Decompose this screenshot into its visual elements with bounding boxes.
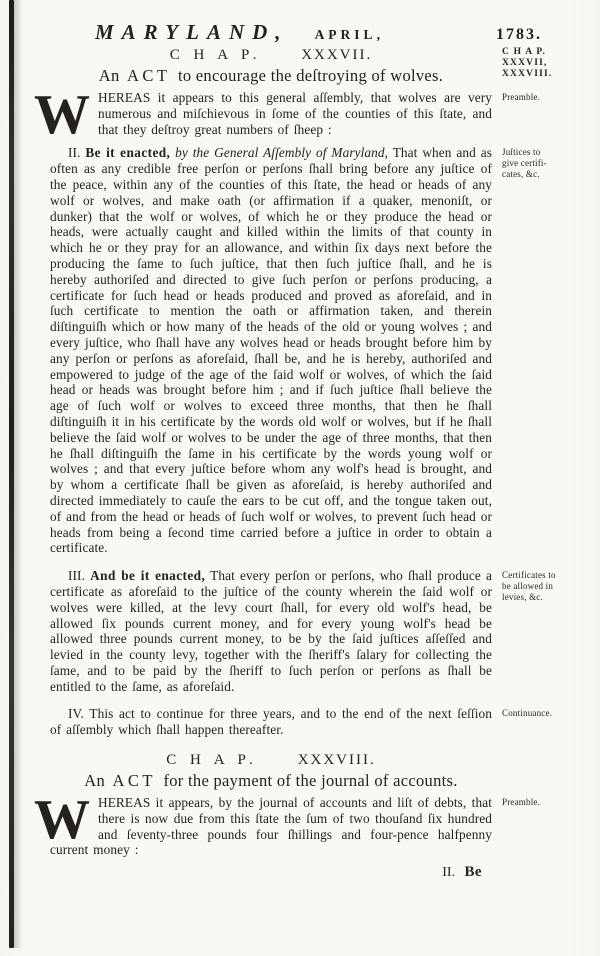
margin-note-preamble: Preamble. [502, 92, 598, 103]
section-4-paragraph: IV. This act to continue for three years… [50, 706, 492, 738]
preamble-paragraph: W HEREAS it appears to this general aſſe… [50, 90, 492, 137]
section-3-number: III. [68, 568, 85, 583]
act-title-word: ACT [127, 66, 171, 85]
section-2-text: That when and as often as any credible f… [50, 145, 492, 555]
chapter-38-preamble: W HEREAS it appears, by the journal of a… [50, 795, 492, 858]
section-2-paragraph: II. Be it enacted, by the General Aſſemb… [50, 145, 492, 556]
section-4-number: IV. [68, 706, 84, 721]
margin-note-preamble-2: Preamble. [502, 797, 598, 808]
section-3: III. And be it enacted, That every perſo… [50, 568, 492, 694]
section-2-number: II. [68, 145, 80, 160]
margin-note-justices: Juſtices to give certifi- cates, &c. [502, 147, 598, 180]
chapter-38-heading: C H A P. XXXVIII. [50, 750, 492, 769]
enacting-clause: And be it enacted, [90, 568, 205, 583]
act-title-rest: for the payment of the journal of accoun… [163, 771, 457, 790]
preamble-text: HEREAS it appears, by the journal of acc… [50, 795, 492, 857]
chap-label: C H A P. [170, 47, 262, 63]
act-title-rest: to encourage the deſtroying of wolves. [178, 66, 443, 85]
section-3-text: That every perſon or perſons, who ſhall … [50, 568, 492, 694]
margin-note-chapter-numbers: C H A P. XXXVII, XXXVIII. [502, 47, 598, 80]
chapter-38-heading-block: C H A P. XXXVIII. An ACT for the payment… [50, 750, 492, 791]
chapter-37-preamble: W HEREAS it appears to this general aſſe… [50, 90, 492, 137]
chapter-37-heading: C H A P. XXXVII. [50, 45, 492, 64]
page-body: C H A P. XXXVII. An ACT to encourage the… [50, 45, 590, 881]
chap-label: C H A P. [166, 752, 258, 768]
margin-note-certificates: Certificates to be allowed in levies, &c… [502, 570, 598, 603]
act-title-an: An [84, 771, 105, 790]
header-session-month: APRIL, [315, 27, 384, 43]
chapter-37-act-title: An ACT to encourage the deſtroying of wo… [50, 66, 492, 86]
header-state-name: MARYLAND, [95, 20, 289, 45]
dropcap-w: W [34, 93, 90, 137]
enacting-authority: by the General Aſſembly of Maryland, [175, 145, 388, 160]
chap-number: XXXVIII. [298, 752, 376, 768]
header-year: 1783. [496, 26, 542, 44]
catchword-word: Be [465, 864, 482, 880]
chapter-37-heading-block: C H A P. XXXVII. An ACT to encourage the… [50, 45, 492, 86]
section-2: II. Be it enacted, by the General Aſſemb… [50, 145, 492, 556]
section-4: IV. This act to continue for three years… [50, 706, 492, 738]
catchword-number: II. [442, 865, 455, 880]
chap-number: XXXVII. [301, 47, 372, 63]
catchword-line: II. Be [50, 864, 492, 881]
act-title-an: An [99, 66, 120, 85]
enacting-clause: Be it enacted, [85, 145, 170, 160]
section-3-paragraph: III. And be it enacted, That every perſo… [50, 568, 492, 694]
binding-shadow [14, 0, 22, 948]
section-4-text: This act to continue for three years, an… [50, 706, 492, 737]
preamble-text: HEREAS it appears to this general aſſemb… [98, 90, 492, 137]
act-title-word: ACT [113, 771, 157, 790]
dropcap-w: W [34, 798, 90, 842]
chapter-38-act-title: An ACT for the payment of the journal of… [50, 771, 492, 791]
running-header: MARYLAND, APRIL, 1783. [0, 0, 600, 45]
preamble-paragraph: W HEREAS it appears, by the journal of a… [50, 795, 492, 858]
margin-note-continuance: Continuance. [502, 708, 598, 719]
